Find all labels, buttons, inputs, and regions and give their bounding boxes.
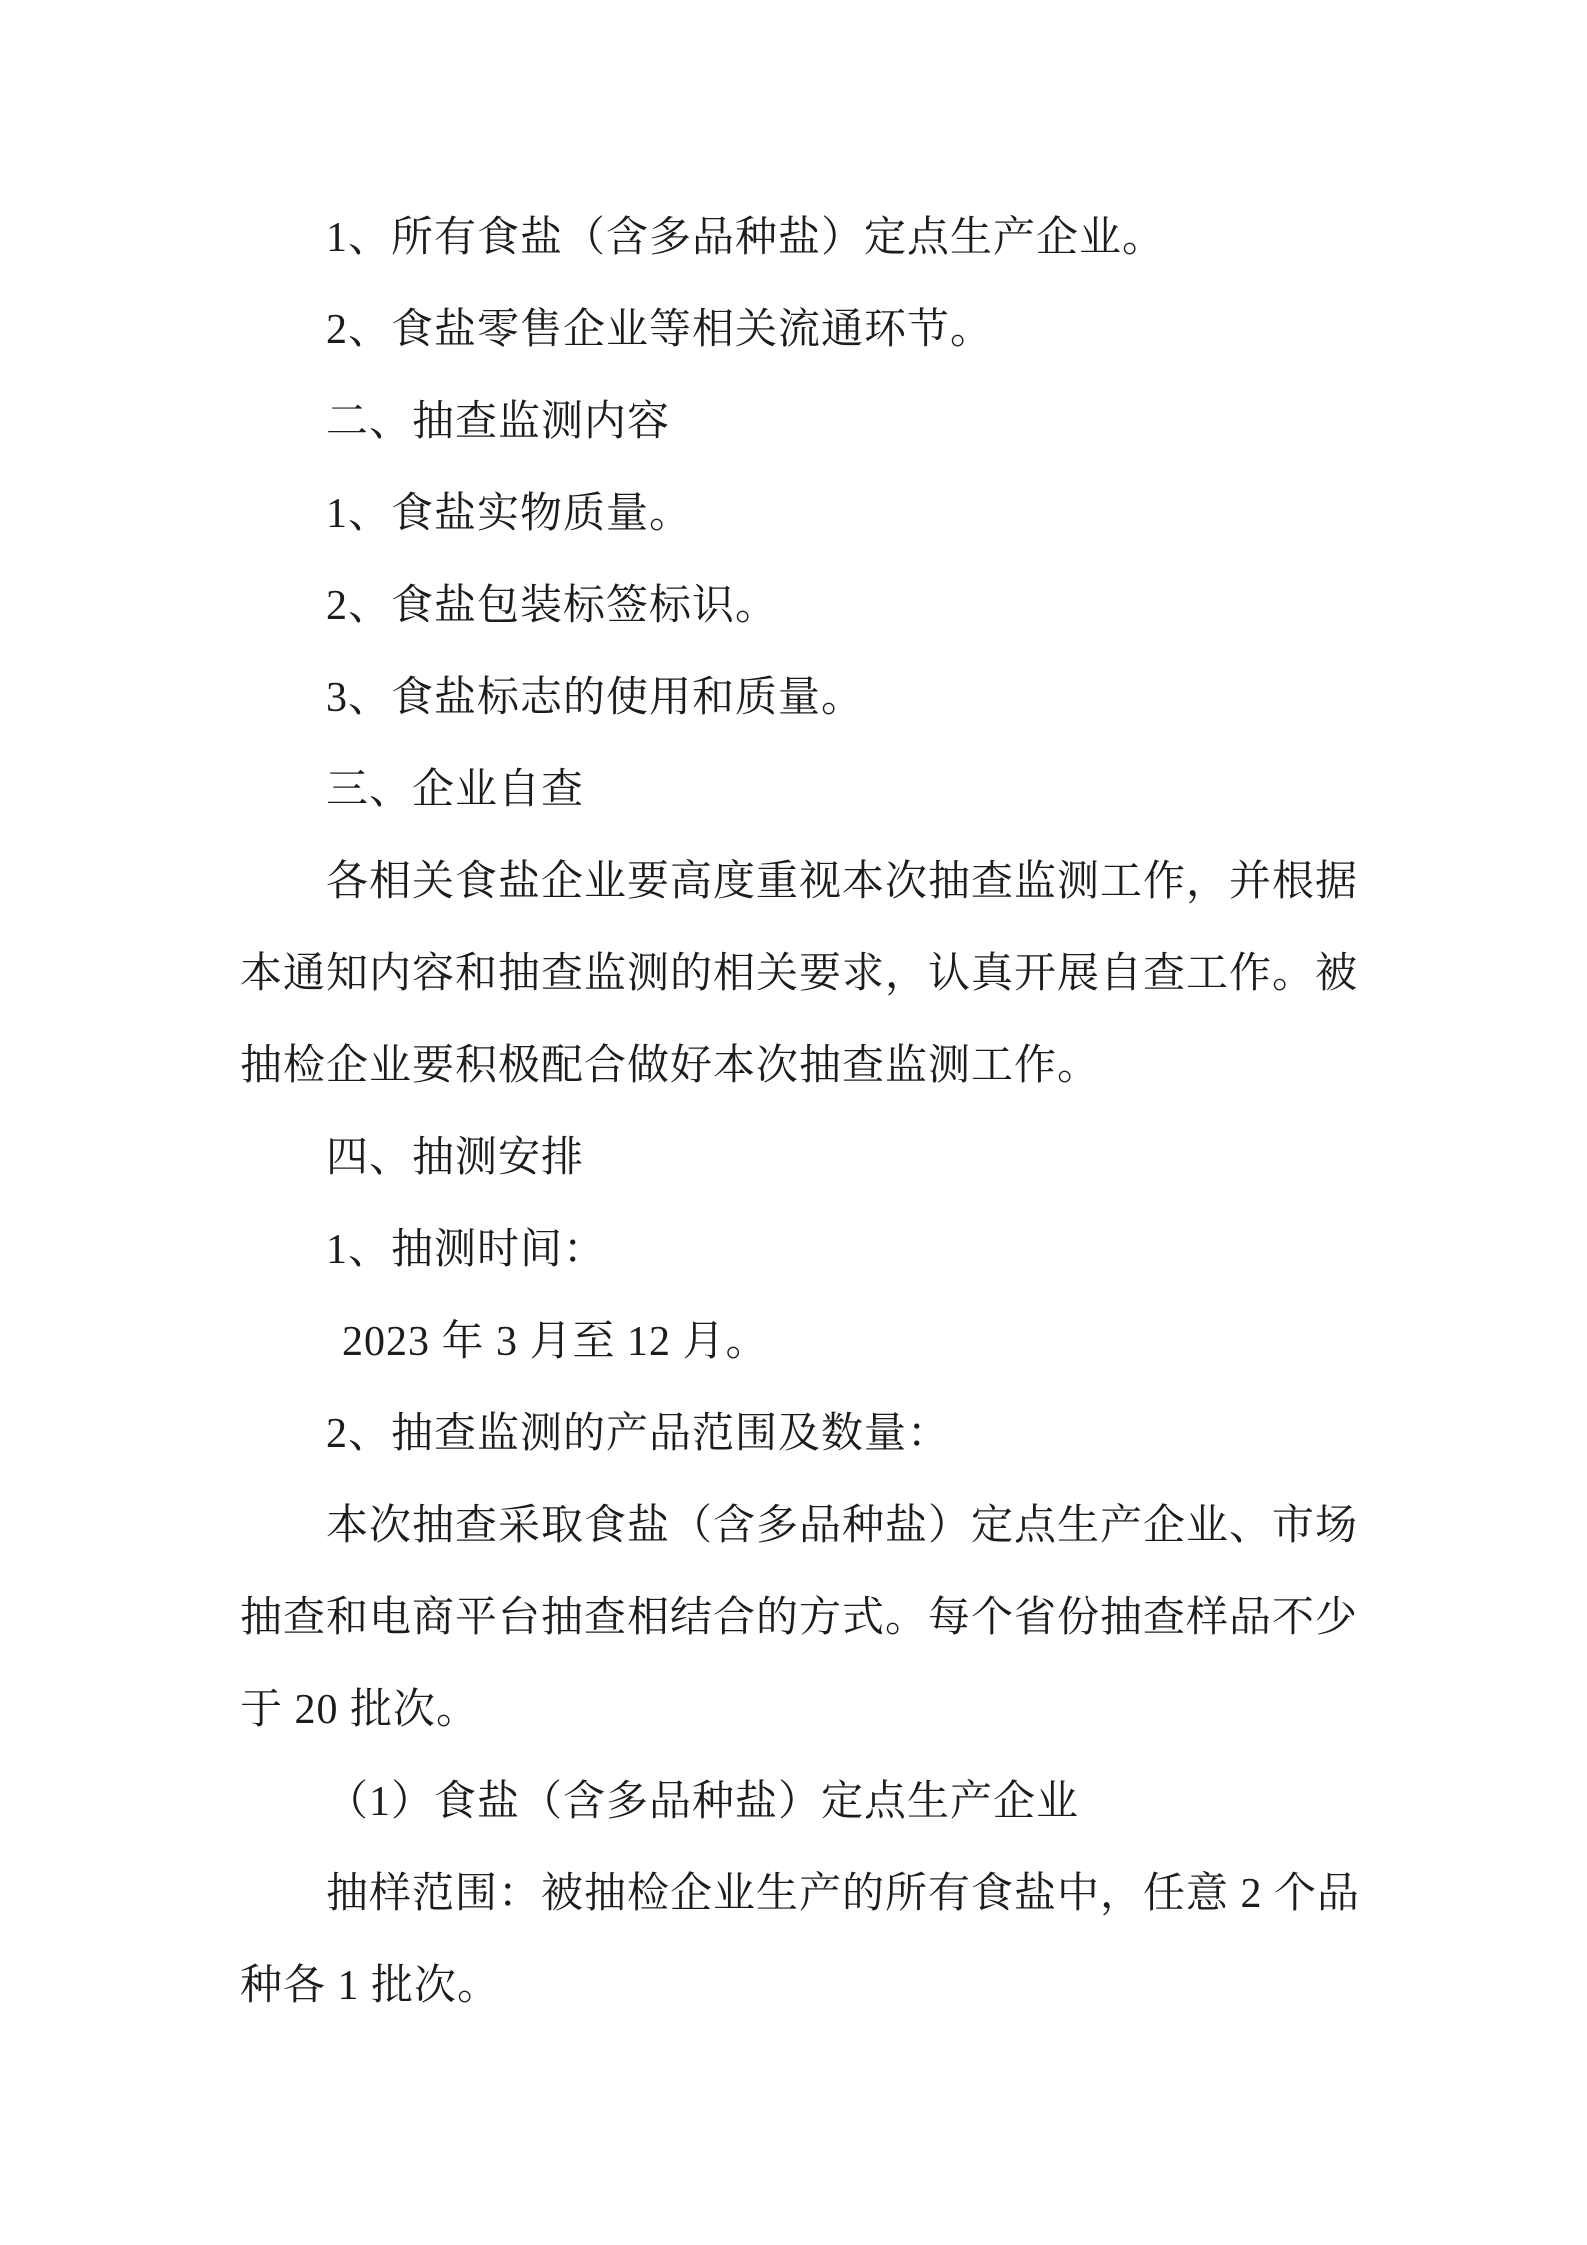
document-text: 1、所有食盐（含多品种盐）定点生产企业。 2、食盐零售企业等相关流通环节。 二、… [240, 192, 1370, 2032]
text-line: 2、食盐包装标签标识。 [240, 560, 1370, 652]
text-line: 二、抽查监测内容 [240, 376, 1370, 468]
text-line: 各相关食盐企业要高度重视本次抽查监测工作，并根据 [240, 836, 1370, 928]
text-line: 抽检企业要积极配合做好本次抽查监测工作。 [240, 1020, 1370, 1112]
text-line: 3、食盐标志的使用和质量。 [240, 652, 1370, 744]
text-line: 1、抽测时间： [240, 1204, 1370, 1296]
text-line: 于 20 批次。 [240, 1664, 1370, 1756]
text-line: 四、抽测安排 [240, 1112, 1370, 1204]
text-line: 1、所有食盐（含多品种盐）定点生产企业。 [240, 192, 1370, 284]
text-line: 1、食盐实物质量。 [240, 468, 1370, 560]
text-line: 本次抽查采取食盐（含多品种盐）定点生产企业、市场 [240, 1480, 1370, 1572]
text-line: 本通知内容和抽查监测的相关要求，认真开展自查工作。被 [240, 928, 1370, 1020]
text-line: 2023 年 3 月至 12 月。 [240, 1296, 1370, 1388]
text-line: 三、企业自查 [240, 744, 1370, 836]
document-page: 1、所有食盐（含多品种盐）定点生产企业。 2、食盐零售企业等相关流通环节。 二、… [0, 0, 1587, 2245]
text-line: （1）食盐（含多品种盐）定点生产企业 [240, 1756, 1370, 1848]
text-line: 2、食盐零售企业等相关流通环节。 [240, 284, 1370, 376]
text-line: 抽样范围：被抽检企业生产的所有食盐中，任意 2 个品 [240, 1848, 1370, 1940]
text-line: 抽查和电商平台抽查相结合的方式。每个省份抽查样品不少 [240, 1572, 1370, 1664]
text-line: 种各 1 批次。 [240, 1940, 1370, 2032]
text-line: 2、抽查监测的产品范围及数量： [240, 1388, 1370, 1480]
